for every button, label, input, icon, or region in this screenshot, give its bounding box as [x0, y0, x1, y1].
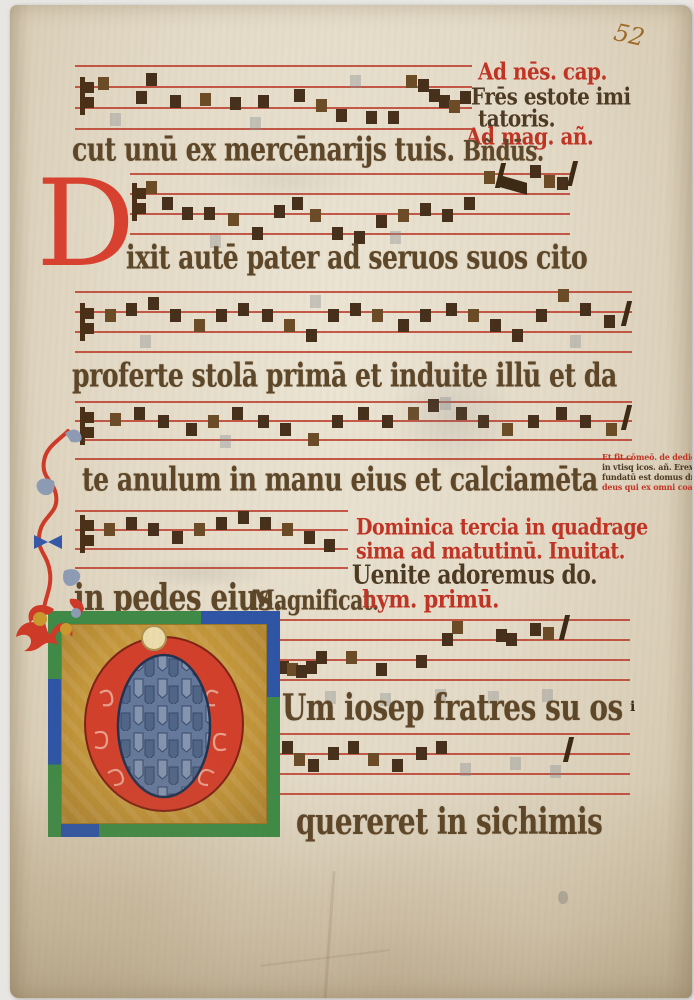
staff-3-line-4	[75, 351, 632, 353]
neume	[348, 741, 359, 754]
neume	[216, 309, 227, 322]
neume	[350, 303, 361, 316]
feast-rubric-line1: Dominica tercia in quadrage	[356, 513, 648, 540]
neume	[621, 405, 632, 430]
neume	[136, 91, 147, 104]
neume	[170, 95, 181, 108]
neume	[238, 511, 249, 524]
neume	[208, 415, 219, 428]
neume	[460, 91, 471, 104]
neume	[604, 315, 615, 328]
bleedthrough-note	[110, 113, 121, 126]
neume	[328, 309, 339, 322]
neume	[316, 99, 327, 112]
bleedthrough-note	[460, 763, 471, 776]
neume	[558, 289, 569, 302]
parchment-crease	[260, 949, 389, 967]
neume	[446, 303, 457, 316]
chant-line-1: cut unū ex mercēnarijs tuis. Bñdūs.	[72, 131, 544, 169]
neume	[238, 303, 249, 316]
chant-line-7: quereret in sichimis	[296, 801, 602, 844]
manuscript-page: 52 Ad nēs. cap. Frēs estote imi tatoris.…	[10, 5, 692, 998]
neume	[292, 197, 303, 210]
neume	[216, 517, 227, 530]
neume	[468, 309, 479, 322]
neume	[408, 407, 419, 420]
staff-2-line-3	[130, 213, 570, 215]
staff-2-line-1	[130, 173, 570, 175]
staff-5-line-1	[75, 510, 348, 512]
staff-2-line-2	[130, 193, 570, 195]
neume	[442, 209, 453, 222]
neume	[442, 633, 453, 646]
staff-5-line-4	[75, 567, 348, 569]
neume	[126, 517, 137, 530]
staff-1-line-4	[75, 128, 472, 130]
chant-line-4: te anulum in manu eius et calciamēta	[82, 461, 598, 499]
red-initial-D: D	[36, 163, 135, 283]
neume	[436, 741, 447, 754]
staff-7-line-1	[278, 733, 630, 735]
neume	[280, 423, 291, 436]
neume	[420, 309, 431, 322]
neume	[388, 111, 399, 124]
marginal-flourish	[10, 423, 96, 661]
neume	[146, 73, 157, 86]
neume	[204, 207, 215, 220]
neume	[258, 415, 269, 428]
neume	[490, 319, 501, 332]
neume	[506, 633, 517, 646]
bleedthrough-note	[140, 335, 151, 348]
bleedthrough-note	[440, 397, 451, 410]
neume	[162, 197, 173, 210]
neume	[294, 753, 305, 766]
neume	[416, 655, 427, 668]
staff-1-line-3	[75, 107, 472, 109]
neume	[228, 213, 239, 226]
neume	[416, 747, 427, 760]
neume	[194, 523, 205, 536]
neume	[110, 413, 121, 426]
neume	[563, 737, 574, 762]
ink-blot	[558, 891, 568, 904]
neume	[358, 407, 369, 420]
neume	[406, 75, 417, 88]
neume	[316, 651, 327, 664]
parchment-crease	[323, 871, 335, 998]
neume	[304, 531, 315, 544]
neume	[148, 523, 159, 536]
neume	[134, 407, 145, 420]
neume	[200, 93, 211, 106]
neume	[328, 747, 339, 760]
margin-note-line4: deus qui ex omni coaptatōe.	[602, 482, 692, 492]
neume	[530, 623, 541, 636]
bleedthrough-note	[220, 435, 231, 448]
margin-note-line1: Et fit cōmeō. de dedicatōe ustariū. añā	[602, 452, 692, 462]
neume	[332, 415, 343, 428]
bleedthrough-note	[250, 117, 261, 130]
staff-6-line-4	[278, 679, 630, 681]
staff-5-line-3	[75, 548, 348, 550]
bleedthrough-note	[510, 757, 521, 770]
neume	[428, 399, 439, 412]
photo-backdrop: 52 Ad nēs. cap. Frēs estote imi tatoris.…	[0, 0, 694, 1000]
neume	[282, 523, 293, 536]
neume	[420, 203, 431, 216]
neume	[580, 415, 591, 428]
neume	[544, 175, 555, 188]
staff-7-line-3	[278, 773, 630, 775]
neume	[126, 303, 137, 316]
neume	[105, 309, 116, 322]
staff-3-line-1	[75, 291, 632, 293]
margin-note-line2: in vtisq icos. añ. Erexit iacob la. d.	[602, 462, 692, 472]
neume	[294, 89, 305, 102]
neume	[282, 741, 293, 754]
neume	[366, 111, 377, 124]
neume	[274, 205, 285, 218]
margin-note: Et fit cōmeō. de dedicatōe ustariū. añā …	[602, 452, 692, 492]
neume	[418, 79, 429, 92]
neume	[104, 523, 115, 536]
neume	[158, 415, 169, 428]
neume	[376, 215, 387, 228]
invitatory-incipit: Uenite adoremus do.	[352, 560, 597, 590]
neume	[186, 423, 197, 436]
neume	[376, 663, 387, 676]
neume	[502, 423, 513, 436]
neume	[398, 319, 409, 332]
folio-number: 52	[611, 18, 647, 52]
neume	[230, 97, 241, 110]
neume	[146, 181, 157, 194]
neume	[452, 621, 463, 634]
margin-note-line3: fundatū est domus dñi. oro.	[602, 472, 692, 482]
neume	[449, 100, 460, 113]
neume	[543, 627, 554, 640]
staff-6-line-3	[278, 659, 630, 661]
neume	[284, 319, 295, 332]
neume	[500, 175, 527, 195]
neume	[346, 651, 357, 664]
staff-7-line-4	[278, 793, 630, 795]
neume	[182, 207, 193, 220]
staff-4-line-3	[75, 439, 632, 441]
neume	[536, 309, 547, 322]
neume	[456, 407, 467, 420]
neume	[606, 423, 617, 436]
neume	[368, 753, 379, 766]
neume	[372, 309, 383, 322]
staff-4-line-4	[75, 458, 632, 460]
neume	[324, 539, 335, 552]
neume	[308, 759, 319, 772]
neume	[484, 171, 495, 184]
neume	[464, 197, 475, 210]
neume	[98, 77, 109, 90]
chant-clef	[80, 77, 85, 115]
neume	[392, 759, 403, 772]
benedictus-cue: Bñdūs.	[463, 135, 544, 168]
neume	[172, 531, 183, 544]
neume	[258, 95, 269, 108]
neume	[262, 309, 273, 322]
neume	[382, 415, 393, 428]
neume	[170, 309, 181, 322]
neume	[336, 109, 347, 122]
neume	[621, 301, 632, 326]
bleedthrough-note	[350, 75, 361, 88]
staff-4-line-1	[75, 401, 632, 403]
neume	[232, 407, 243, 420]
staff-1-line-1	[75, 65, 472, 67]
neume	[398, 209, 409, 222]
neume	[306, 329, 317, 342]
chant-line-6: Um iosep fratres su os	[282, 687, 623, 730]
neume	[528, 415, 539, 428]
margin-letter-mark: i	[630, 699, 635, 715]
bleedthrough-note	[310, 295, 321, 308]
chant-line-3: proferte stolā primā et induite illū et …	[72, 357, 617, 395]
neume	[580, 303, 591, 316]
staff-2-line-4	[130, 233, 570, 235]
staff-3-line-3	[75, 331, 632, 333]
header-rubric-line1: Ad nēs. cap.	[478, 57, 607, 85]
initial-frame-bottom	[48, 824, 280, 837]
neume	[310, 209, 321, 222]
chant-clef	[80, 303, 85, 341]
neume	[556, 407, 567, 420]
initial-frame-right	[267, 611, 280, 837]
bleedthrough-note	[550, 765, 561, 778]
bleedthrough-note	[570, 335, 581, 348]
neume	[478, 415, 489, 428]
neume	[194, 319, 205, 332]
staff-6-line-2	[278, 639, 630, 641]
neume	[512, 329, 523, 342]
chant-line-2: ixit autē pater ad seruos suos cito	[126, 239, 587, 277]
neume	[148, 297, 159, 310]
neume	[308, 433, 319, 446]
neume	[260, 517, 271, 530]
